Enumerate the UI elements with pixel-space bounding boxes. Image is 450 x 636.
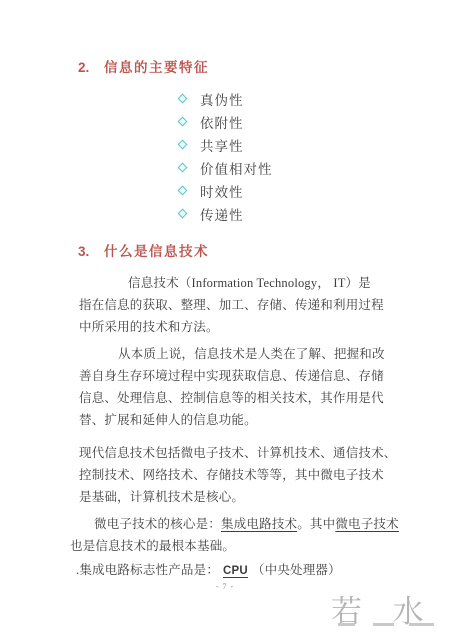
text-line: 指在信息的获取、整理、加工、存储、传递和利用过程: [79, 294, 389, 316]
list-item-label: 传递性: [200, 204, 244, 224]
features-list: 真伪性 依附性 共享性 价值相对性 时效性 传递性: [179, 87, 273, 225]
text-line: 中所采用的技术和方法。: [79, 316, 389, 338]
list-item-label: 时效性: [200, 181, 244, 201]
text-segment: 。其中: [297, 517, 335, 531]
text-line: 是基础，计算机技术是核心。: [79, 486, 389, 508]
text-line: 也是信息技术的最根本基础。: [70, 535, 389, 557]
paragraph-essence: 从本质上说，信息技术是人类在了解、把握和改 善自身生存环境过程中实现获取信息、传…: [79, 343, 389, 431]
paragraph-cpu: .集成电路标志性产品是：CPU（中央处理器）: [79, 559, 389, 582]
section-heading-what-is-it: 3. 什么是信息技术: [78, 240, 209, 260]
heading-number: 3.: [78, 244, 89, 259]
heading-title: 信息的主要特征: [104, 60, 209, 75]
text-line: 替、扩展和延伸人的信息功能。: [79, 409, 389, 431]
document-page: 2. 信息的主要特征 真伪性 依附性 共享性 价值相对性 时效性 传递性 3.: [0, 0, 450, 636]
diamond-bullet-icon: [178, 117, 188, 127]
watermark-subtext-stroke: [373, 623, 394, 626]
heading-title: 什么是信息技术: [104, 244, 209, 259]
list-item: 价值相对性: [179, 156, 273, 179]
watermark-subtext-stroke: [338, 623, 355, 626]
text-line: .集成电路标志性产品是：CPU（中央处理器）: [76, 559, 389, 582]
paragraph-definition: 信息技术（Information Technology， IT）是 指在信息的获…: [79, 272, 389, 338]
text-line: 信息技术（Information Technology， IT）是: [79, 272, 389, 294]
watermark-subtext-stroke: [409, 623, 434, 626]
text-line: 现代信息技术包括微电子技术、计算机技术、通信技术、: [79, 442, 389, 464]
underlined-term: 微电子技术: [335, 517, 399, 531]
underlined-term: 集成电路技术: [221, 517, 297, 531]
diamond-bullet-icon: [178, 186, 188, 196]
text-line: 微电子技术的核心是：集成电路技术。其中微电子技术: [79, 513, 389, 535]
list-item-label: 价值相对性: [200, 158, 273, 178]
text-segment: （中央处理器）: [252, 563, 341, 577]
paragraph-microelectronics: 微电子技术的核心是：集成电路技术。其中微电子技术 也是信息技术的最根本基础。: [79, 513, 389, 557]
list-item-label: 依附性: [200, 112, 244, 132]
list-item: 依附性: [179, 110, 273, 133]
diamond-bullet-icon: [178, 94, 188, 104]
list-item-label: 共享性: [200, 135, 244, 155]
text-line: 控制技术、网络技术、存储技术等等，其中微电子技术: [79, 464, 389, 486]
diamond-bullet-icon: [178, 140, 188, 150]
heading-number: 2.: [78, 60, 89, 75]
text-segment: 微电子技术的核心是：: [94, 517, 221, 531]
diamond-bullet-icon: [178, 163, 188, 173]
list-item: 传递性: [179, 202, 273, 225]
body-text: 信息技术（Information Technology， IT）是 指在信息的获…: [79, 272, 389, 582]
text-line: 从本质上说，信息技术是人类在了解、把握和改: [79, 343, 389, 365]
text-line: 善自身生存环境过程中实现获取信息、传递信息、存储: [79, 365, 389, 387]
list-item: 共享性: [179, 133, 273, 156]
list-item: 时效性: [179, 179, 273, 202]
paragraph-modern-it: 现代信息技术包括微电子技术、计算机技术、通信技术、 控制技术、网络技术、存储技术…: [79, 442, 389, 508]
list-item-label: 真伪性: [200, 89, 244, 109]
cpu-term: CPU: [223, 565, 248, 577]
section-heading-main-features: 2. 信息的主要特征: [78, 56, 209, 76]
text-line: 信息、处理信息、控制信息等的相关技术，其作用是代: [79, 387, 389, 409]
text-segment: .集成电路标志性产品是：: [76, 563, 219, 577]
diamond-bullet-icon: [178, 209, 188, 219]
list-item: 真伪性: [179, 87, 273, 110]
